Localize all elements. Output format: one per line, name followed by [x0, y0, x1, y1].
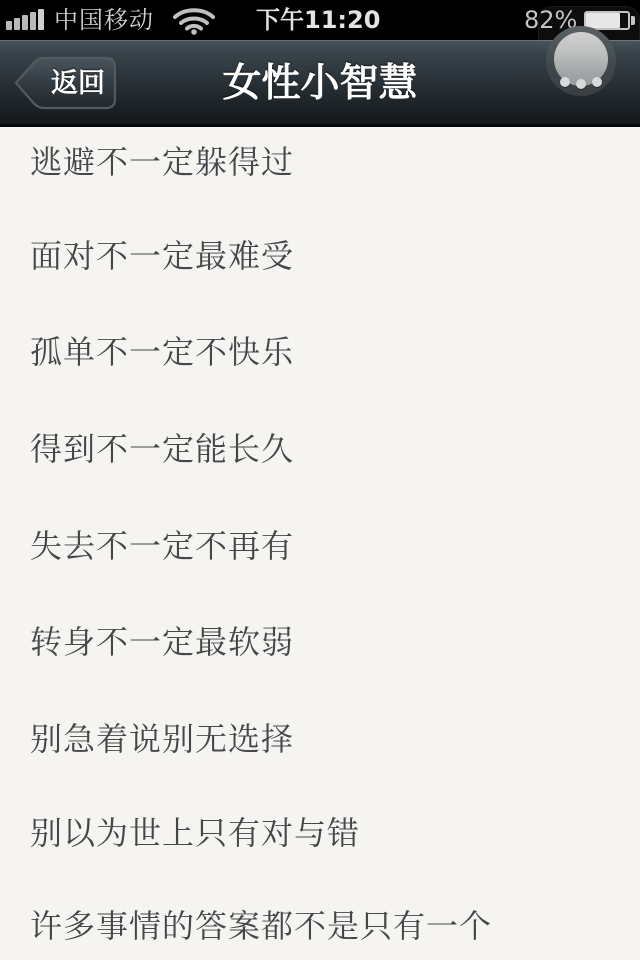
wisdom-line: 别急着说别无选择 [30, 720, 294, 758]
clock-label: 下午11:20 [256, 7, 380, 33]
nav-bar: 返回 女性小智慧 [0, 40, 640, 127]
page-title: 女性小智慧 [130, 62, 510, 106]
wisdom-line: 面对不一定最难受 [30, 237, 294, 275]
app-screen: 中国移动 下午11:20 82% [0, 0, 640, 960]
wisdom-line: 得到不一定能长久 [30, 430, 294, 468]
wisdom-line: 失去不一定不再有 [30, 527, 294, 565]
wisdom-list: 逃避不一定躲得过 面对不一定最难受 孤单不一定不快乐 得到不一定能长久 失去不一… [0, 127, 640, 960]
status-bar: 中国移动 下午11:20 82% [0, 0, 640, 40]
wifi-icon [172, 7, 216, 39]
back-button[interactable]: 返回 [13, 56, 117, 110]
wisdom-line: 许多事情的答案都不是只有一个 [30, 907, 492, 945]
back-button-label: 返回 [39, 68, 117, 98]
wisdom-line: 转身不一定最软弱 [30, 623, 294, 661]
wisdom-line: 逃避不一定躲得过 [30, 143, 294, 181]
signal-bars-icon [6, 8, 48, 30]
battery-fill [586, 13, 620, 28]
wisdom-line: 孤单不一定不快乐 [30, 333, 294, 371]
wisdom-line: 别以为世上只有对与错 [30, 814, 360, 852]
carrier-label: 中国移动 [54, 7, 154, 33]
